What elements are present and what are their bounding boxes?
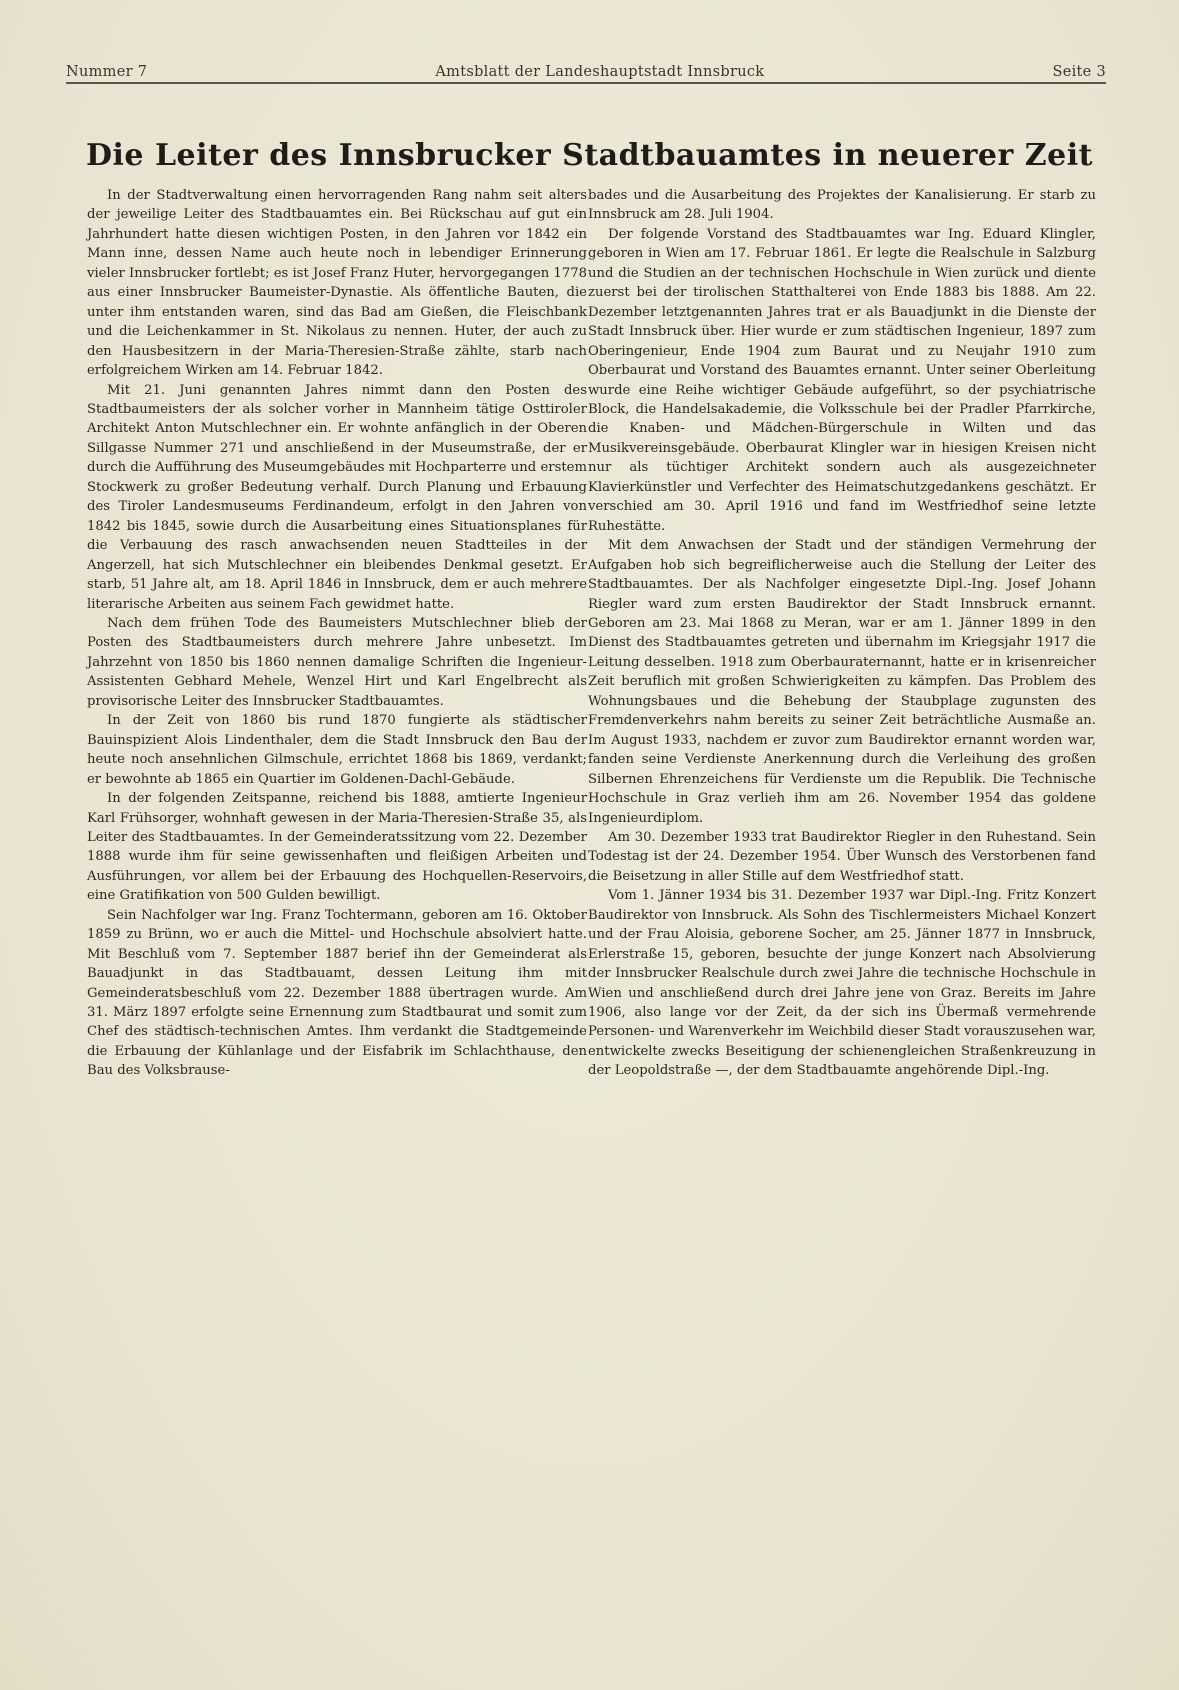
running-header: Nummer 7 Amtsblatt der Landeshauptstadt … (66, 52, 1106, 80)
paragraph: In der Zeit von 1860 bis rund 1870 fungi… (87, 711, 587, 789)
paragraph: Am 30. Dezember 1933 trat Baudirektor Ri… (588, 828, 1096, 886)
paragraph: In der folgenden Zeitspanne, reichend bi… (87, 789, 587, 906)
header-rule-divider (66, 82, 1106, 84)
paragraph: Mit dem Anwachsen der Stadt und der stän… (588, 536, 1096, 828)
right-column: bades und die Ausarbeitung des Projektes… (588, 186, 1096, 1081)
publication-title: Amtsblatt der Landeshauptstadt Innsbruck (435, 64, 764, 80)
paragraph: In der Stadtverwaltung einen hervorragen… (87, 186, 587, 381)
paragraph-continued: bades und die Ausarbeitung des Projektes… (588, 186, 1096, 225)
paragraph: Nach dem frühen Tode des Baumeisters Mut… (87, 614, 587, 711)
paragraph: Sein Nachfolger war Ing. Franz Tochterma… (87, 906, 587, 1081)
left-column: In der Stadtverwaltung einen hervorragen… (87, 186, 587, 1081)
paragraph: Vom 1. Jänner 1934 bis 31. Dezember 1937… (588, 886, 1096, 1081)
article-title: Die Leiter des Innsbrucker Stadtbauamtes… (0, 138, 1179, 173)
paragraph: Mit 21. Juni genannten Jahres nimmt dann… (87, 381, 587, 614)
page-number: Seite 3 (1052, 64, 1106, 80)
paragraph: Der folgende Vorstand des Stadtbauamtes … (588, 225, 1096, 536)
issue-number: Nummer 7 (66, 64, 147, 80)
newspaper-page: Nummer 7 Amtsblatt der Landeshauptstadt … (0, 0, 1179, 1690)
